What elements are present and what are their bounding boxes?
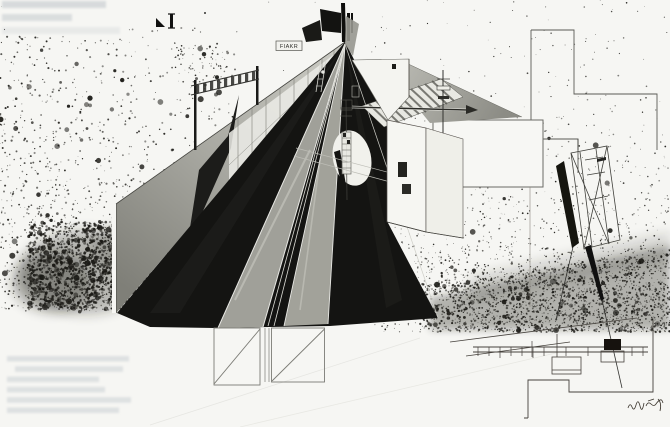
faint-caption-line bbox=[2, 27, 120, 34]
faint-caption-line bbox=[7, 397, 131, 403]
faint-caption-line bbox=[7, 408, 119, 414]
plan-black-block bbox=[604, 339, 621, 350]
faint-caption-line bbox=[15, 366, 123, 372]
faint-caption-line bbox=[7, 377, 99, 383]
faint-caption-line bbox=[7, 387, 105, 393]
faint-caption-line bbox=[2, 14, 72, 21]
lattice-tower bbox=[342, 132, 351, 174]
faint-caption-line bbox=[2, 1, 106, 8]
window-opening bbox=[402, 184, 411, 194]
architectural-drawing: FIAKR bbox=[0, 0, 670, 427]
wall-edge-gap bbox=[112, 200, 116, 313]
faint-caption-line bbox=[7, 356, 129, 362]
scanned-page: FIAKR bbox=[0, 0, 670, 427]
street-sign: FIAKR bbox=[276, 41, 302, 51]
right-white-building bbox=[387, 120, 463, 238]
street-sign-label: FIAKR bbox=[280, 44, 298, 50]
window-opening bbox=[398, 162, 407, 177]
